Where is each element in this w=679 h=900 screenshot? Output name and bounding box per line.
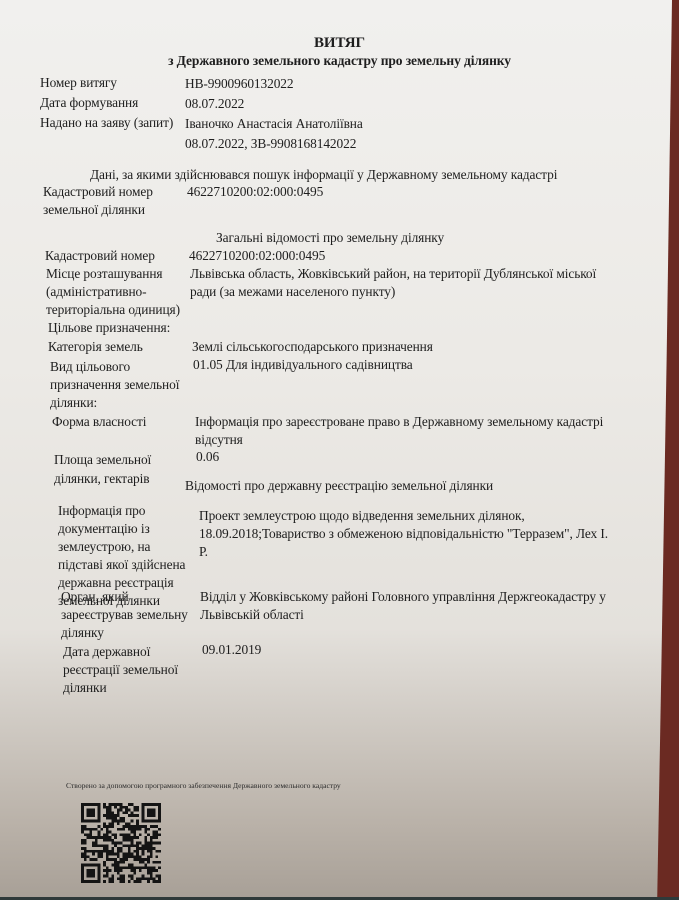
formation-date-label: Дата формування [40, 94, 138, 112]
docs-label-1: Інформація про [58, 502, 145, 520]
area-label-1: Площа земельної [54, 451, 151, 469]
docs-value-1: Проект землеустрою щодо відведення земел… [199, 507, 525, 525]
location-label-3: територіальна одиниця) [46, 301, 180, 319]
location-value-1: Львівська область, Жовківський район, на… [190, 265, 596, 283]
search-cadastral-label-1: Кадастровий номер [43, 183, 153, 201]
purpose-label: Цільове призначення: [48, 319, 170, 337]
area-label-2: ділянки, гектарів [54, 470, 150, 488]
docs-label-2: документацію із [58, 520, 150, 538]
use-type-value: 01.05 Для індивідуального садівництва [193, 356, 413, 374]
authority-label-3: ділянку [61, 624, 104, 642]
authority-value-1: Відділ у Жовківському районі Головного у… [200, 588, 606, 606]
docs-label-4: підставі якої здійснена [58, 556, 185, 574]
search-section-heading: Дані, за якими здійснювався пошук інформ… [90, 166, 557, 184]
location-label-2: (адміністративно- [46, 283, 147, 301]
area-value: 0.06 [196, 448, 219, 466]
document-title: ВИТЯГ [0, 34, 679, 52]
ownership-label: Форма власності [52, 413, 146, 431]
cadastral-number-value: 4622710200:02:000:0495 [189, 247, 325, 265]
docs-value-3: Р. [199, 543, 208, 561]
authority-label-2: зареєстрував земельну [61, 606, 188, 624]
search-cadastral-label-2: земельної ділянки [43, 201, 145, 219]
search-cadastral-value: 4622710200:02:000:0495 [187, 183, 323, 201]
registration-section-heading: Відомості про державну реєстрацію земель… [185, 477, 493, 495]
use-type-label-1: Вид цільового [50, 358, 130, 376]
ownership-value-2: відсутня [195, 431, 243, 449]
ownership-value-1: Інформація про зареєстроване право в Дер… [195, 413, 603, 431]
location-value-2: ради (за межами населеного пункту) [190, 283, 395, 301]
authority-value-2: Львівській області [200, 606, 304, 624]
formation-date-value: 08.07.2022 [185, 95, 244, 113]
docs-label-3: землеустрою, на [58, 538, 150, 556]
request-label: Надано на заяву (запит) [40, 114, 173, 132]
registration-date-value: 09.01.2019 [202, 641, 261, 659]
document-subtitle: з Державного земельного кадастру про зем… [0, 52, 679, 70]
category-value: Землі сільськогосподарського призначення [192, 338, 433, 356]
category-label: Категорія земель [48, 338, 143, 356]
location-label-1: Місце розташування [46, 265, 162, 283]
qr-code-icon [80, 803, 162, 883]
docs-value-2: 18.09.2018;Товариство з обмеженою відпов… [199, 525, 608, 543]
extract-number-label: Номер витягу [40, 74, 117, 92]
footer-note: Створено за допомогою програмного забезп… [66, 781, 341, 790]
request-applicant: Іваночко Анастасія Анатоліївна [185, 115, 363, 133]
general-section-heading: Загальні відомості про земельну ділянку [216, 229, 444, 247]
use-type-label-2: призначення земельної [50, 376, 179, 394]
registration-date-label-1: Дата державної [63, 643, 150, 661]
use-type-label-3: ділянки: [50, 394, 97, 412]
cadastral-number-label: Кадастровий номер [45, 247, 155, 265]
request-number: 08.07.2022, ЗВ-9908168142022 [185, 135, 356, 153]
registration-date-label-3: ділянки [63, 679, 107, 697]
extract-number-value: НВ-9900960132022 [185, 75, 294, 93]
authority-label-1: Орган, який [61, 588, 129, 606]
registration-date-label-2: реєстрації земельної [63, 661, 178, 679]
